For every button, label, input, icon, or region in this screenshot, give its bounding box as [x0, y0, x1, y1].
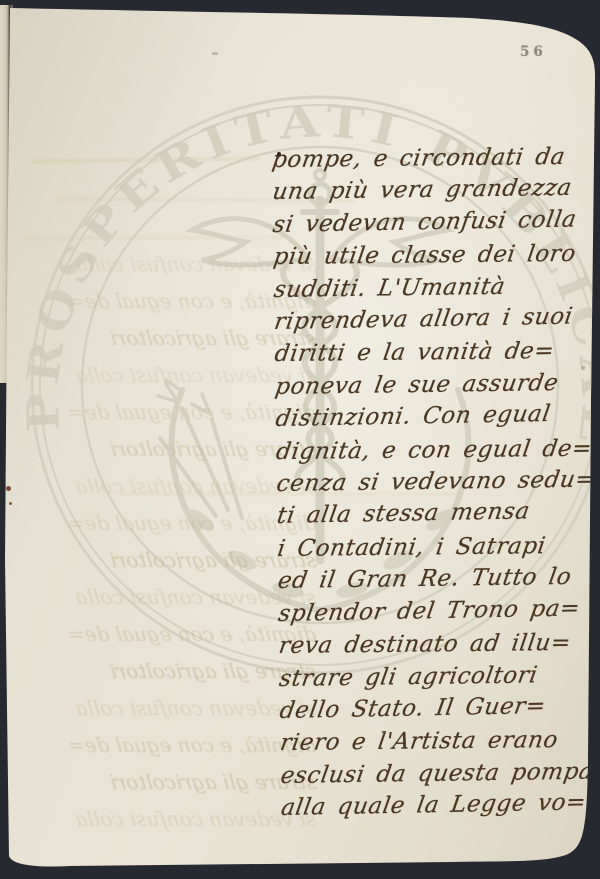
- folio-number: 56: [520, 44, 547, 60]
- paper-blemish: [581, 366, 585, 370]
- manuscript-line: si vedevan confusi colla: [271, 203, 596, 241]
- manuscript-line: reva destinato ad illu=: [277, 627, 600, 663]
- manuscript-line: splendor del Trono pa=: [276, 592, 600, 630]
- foxing-spot: [9, 502, 12, 505]
- manuscript-line: più utile classe dei loro: [271, 238, 596, 274]
- paper-blemish: [212, 52, 218, 55]
- manuscript-line: dello Stato. Il Guer=: [277, 689, 600, 727]
- bleedthrough-line: dignità, e con egual de=: [25, 616, 318, 653]
- manuscript-line: distinzioni. Con egual: [273, 397, 598, 435]
- manuscript-line: pompe, e circondati da: [270, 141, 595, 177]
- manuscript-line: dignità, e con egual de=: [274, 432, 599, 468]
- manuscript-line: riero e l'Artista erano: [278, 724, 600, 760]
- handwritten-text-block: pompe, e circondati da una più vera gran…: [272, 140, 600, 825]
- bleedthrough-line: si vedevan confusi colla: [1, 246, 318, 283]
- foxing-spot: [6, 486, 11, 491]
- manuscript-line: riprendeva allora i suoi: [272, 300, 597, 338]
- manuscript-page: PROSPERITATI PVBLICAE si vedevan confusi…: [0, 0, 600, 879]
- scanned-manuscript-photo: PROSPERITATI PVBLICAE si vedevan confusi…: [0, 0, 600, 879]
- manuscript-line: alla quale la Legge vo=: [279, 786, 600, 824]
- bleedthrough-line: si vedevan confusi colla: [13, 579, 318, 616]
- bleedthrough-line: si vedevan confusi colla: [37, 801, 318, 838]
- bleedthrough-line: dignità, e con egual de=: [13, 727, 318, 764]
- ink-speck: [277, 152, 281, 156]
- bleedthrough-line: si vedevan confusi colla: [1, 690, 318, 727]
- foxing-spot: [3, 434, 6, 438]
- manuscript-line: diritti e la vanità de=: [273, 335, 598, 371]
- bleedthrough-line: strare gli agricoltori: [1, 542, 318, 579]
- manuscript-line: i Contadini, i Satrapi: [275, 529, 600, 565]
- manuscript-line: ti alla stessa mensa: [275, 495, 600, 533]
- bleedthrough-line: dignità, e con egual de=: [1, 394, 318, 431]
- bleedthrough-line: strare gli agricoltori: [25, 764, 318, 801]
- bleedthrough-line: strare gli agricoltori: [13, 431, 318, 468]
- ink-bleedthrough: si vedevan confusi colladignità, e con e…: [4, 246, 316, 838]
